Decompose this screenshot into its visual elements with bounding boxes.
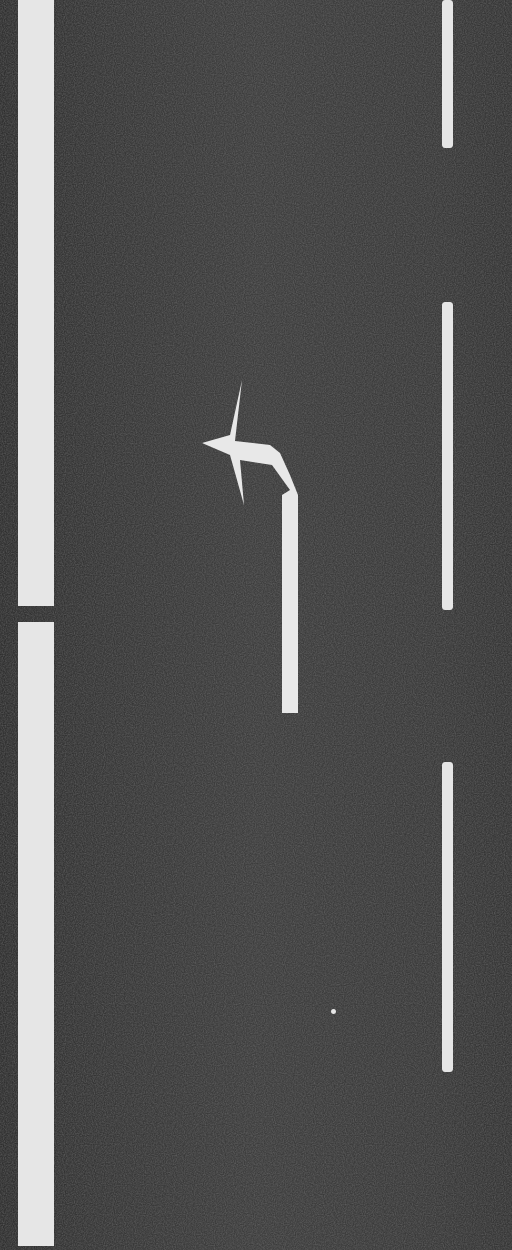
left-turn-arrow-icon	[190, 375, 310, 720]
debris-spot	[331, 1009, 336, 1014]
lane-dash	[442, 762, 453, 1072]
lane-dash	[442, 302, 453, 610]
left-edge-line-lower	[18, 622, 54, 1246]
road-scene	[0, 0, 512, 1250]
left-edge-line-upper	[18, 0, 54, 606]
lane-dash	[442, 0, 453, 148]
